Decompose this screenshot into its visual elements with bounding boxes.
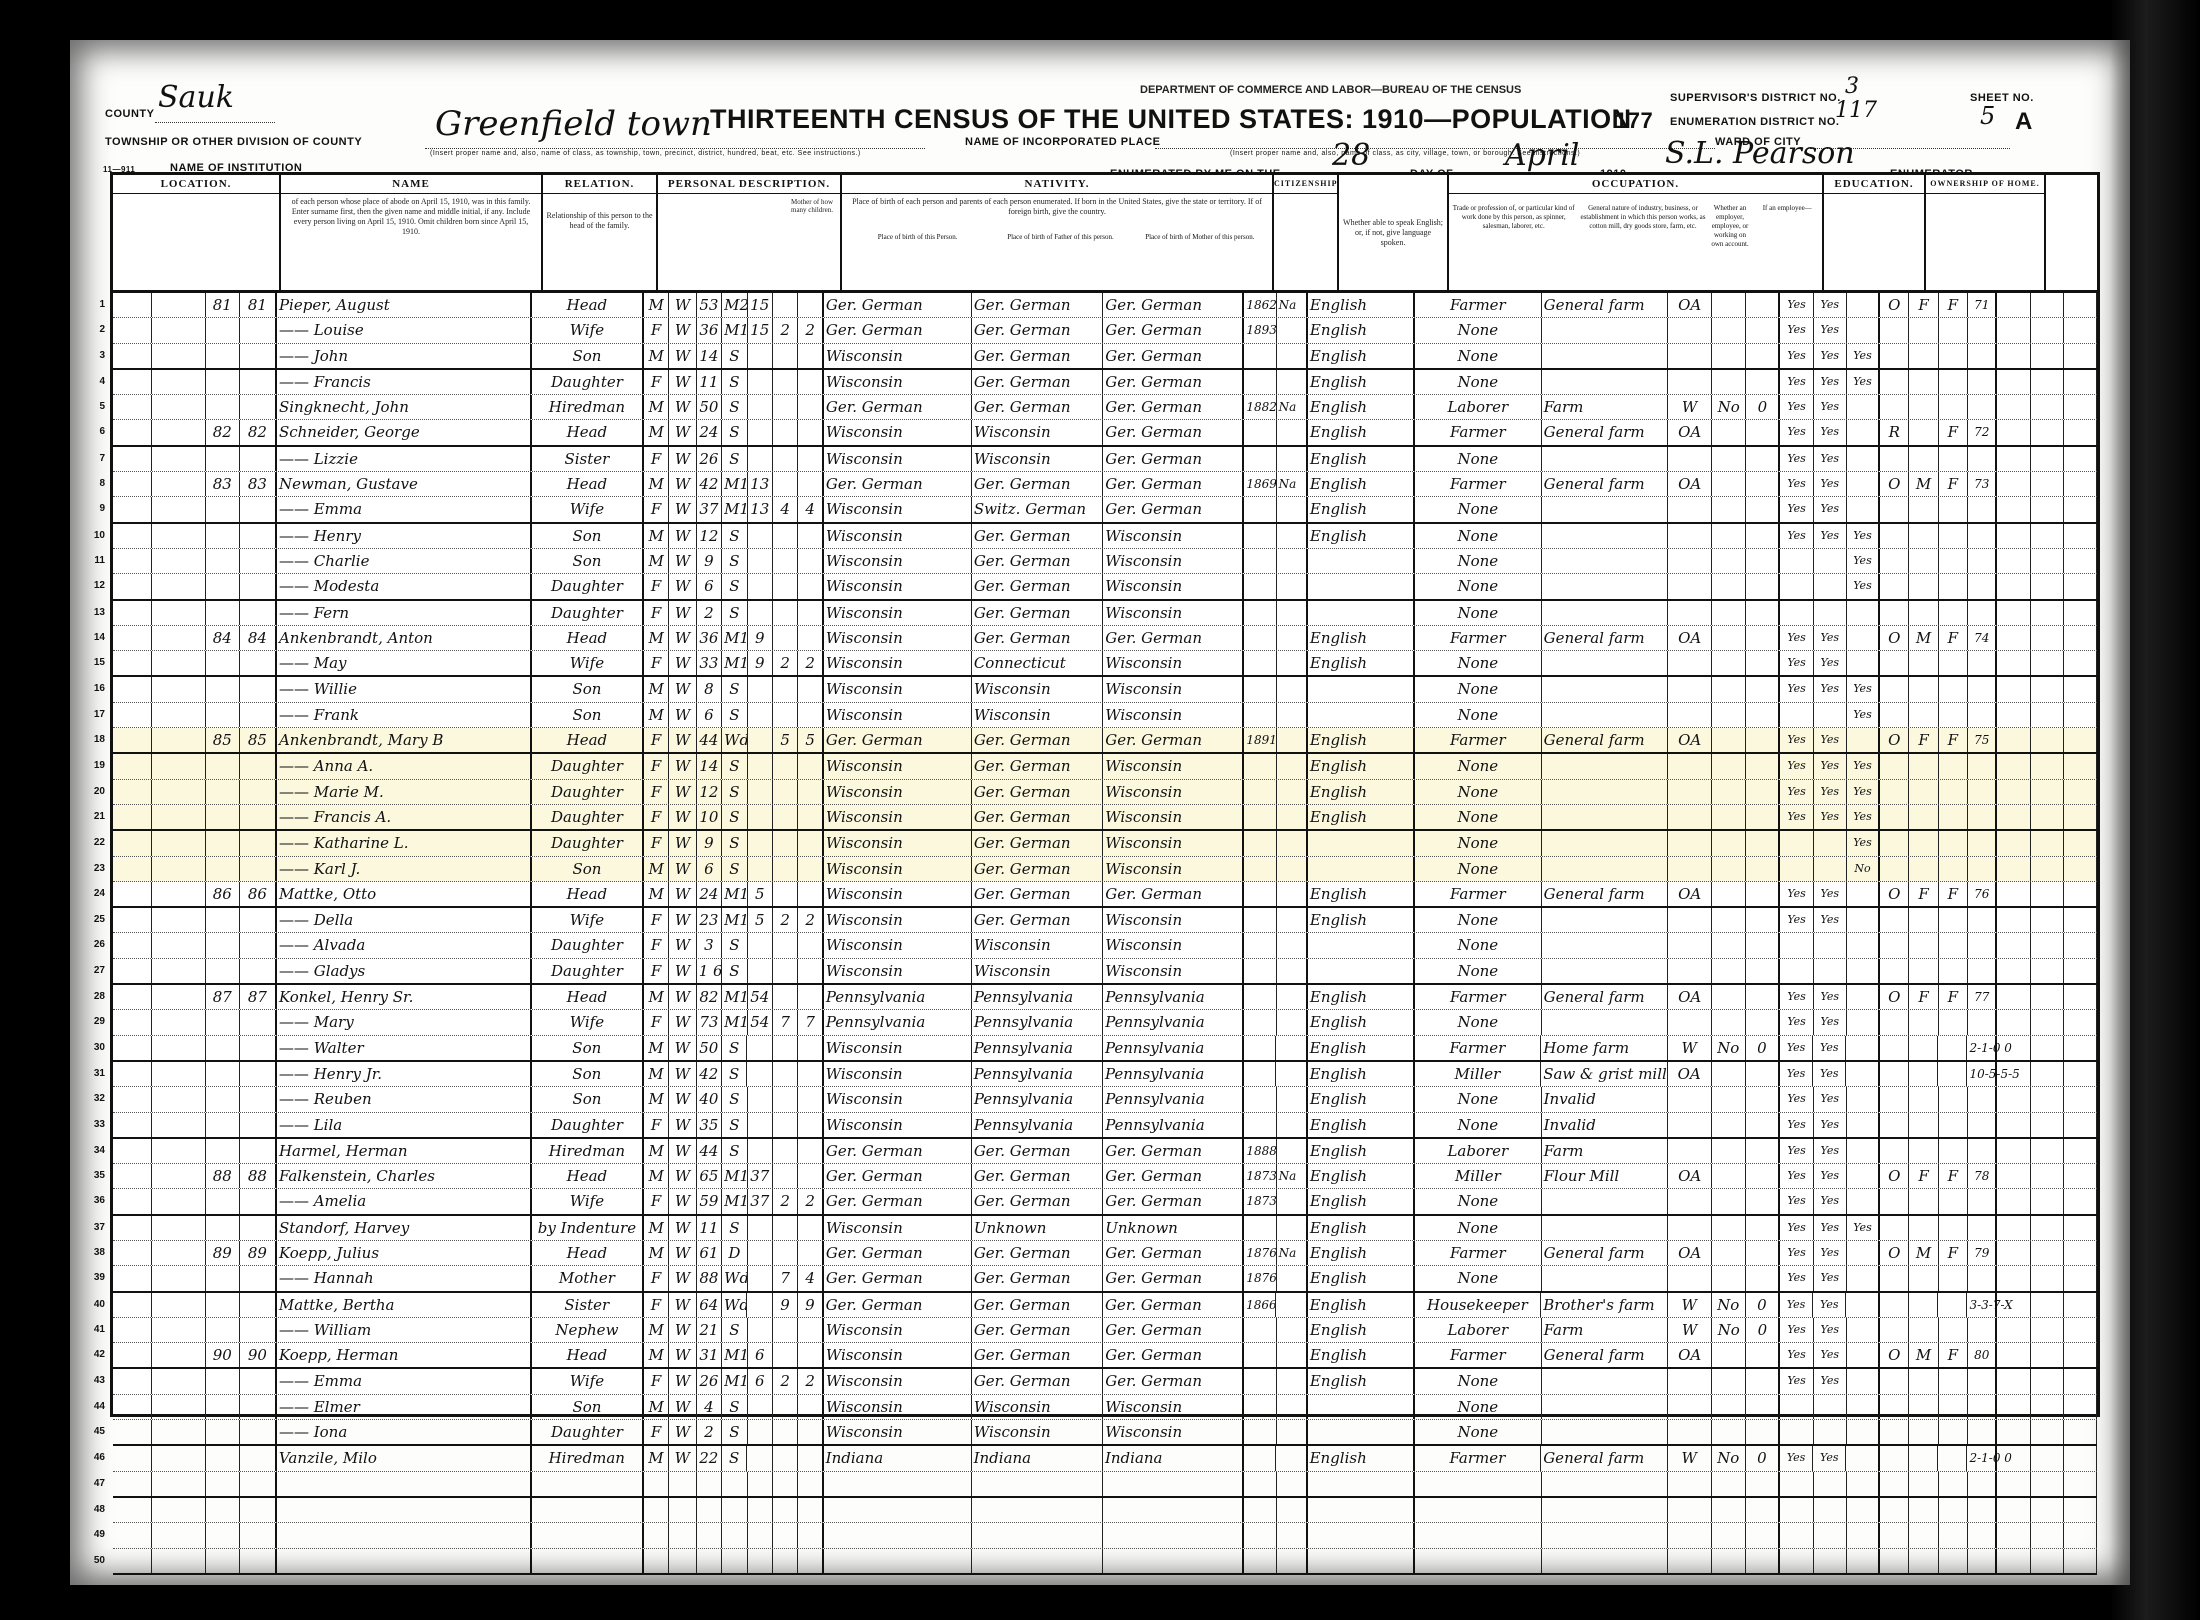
owned-rented bbox=[1880, 703, 1909, 727]
marital-status: S bbox=[722, 1036, 747, 1060]
dwelling-number bbox=[206, 1010, 240, 1034]
birthplace-father: Wisconsin bbox=[972, 703, 1103, 727]
children-living bbox=[798, 754, 823, 778]
dwelling-number: 83 bbox=[206, 472, 240, 496]
farm-schedule-number bbox=[1968, 1420, 1997, 1444]
industry bbox=[1542, 447, 1669, 471]
farm-schedule-number bbox=[1968, 1216, 1997, 1240]
marital-status: M1 bbox=[722, 1369, 747, 1393]
sex: F bbox=[644, 1420, 669, 1444]
children-living bbox=[798, 293, 823, 317]
relation: Head bbox=[532, 1164, 644, 1188]
table-row: 12 —— Modesta Daughter F W 6 S Wisconsin… bbox=[113, 574, 2097, 600]
birthplace-person: Wisconsin bbox=[824, 574, 972, 598]
deaf-cell bbox=[2064, 447, 2097, 471]
birthplace-mother: Wisconsin bbox=[1103, 959, 1244, 983]
deaf-cell bbox=[2064, 524, 2097, 548]
can-write bbox=[1814, 1549, 1847, 1573]
marital-status: S bbox=[722, 805, 747, 829]
children-born bbox=[773, 1549, 798, 1573]
trade: Farmer bbox=[1415, 728, 1542, 752]
blind-cell bbox=[2031, 1036, 2064, 1060]
years-married bbox=[748, 805, 773, 829]
out-of-work bbox=[1712, 1062, 1746, 1086]
relation bbox=[532, 1549, 644, 1573]
farm-house bbox=[1939, 780, 1968, 804]
veteran-cell bbox=[1997, 1010, 2030, 1034]
veteran-cell bbox=[1997, 703, 2030, 727]
relation: Hiredman bbox=[532, 1139, 644, 1163]
can-read: Yes bbox=[1780, 1189, 1813, 1213]
birthplace-mother: Ger. German bbox=[1103, 728, 1244, 752]
birthplace-person: Pennsylvania bbox=[824, 985, 972, 1009]
birthplace-person: Ger. German bbox=[824, 395, 972, 419]
farm-house bbox=[1939, 805, 1968, 829]
out-of-work bbox=[1712, 1549, 1746, 1573]
years-married: 6 bbox=[748, 1369, 773, 1393]
veteran-cell bbox=[1997, 1498, 2030, 1522]
trade: Farmer bbox=[1415, 420, 1542, 444]
dwelling-number bbox=[206, 1087, 240, 1111]
trade: None bbox=[1415, 933, 1542, 957]
relation: Son bbox=[532, 549, 644, 573]
trade: Miller bbox=[1415, 1164, 1542, 1188]
birthplace-mother bbox=[1103, 1498, 1244, 1522]
farm-schedule-number bbox=[1968, 1087, 1997, 1111]
farm-schedule-number bbox=[1968, 1010, 1997, 1034]
attended-school bbox=[1847, 1472, 1880, 1496]
industry bbox=[1542, 370, 1669, 394]
out-of-work bbox=[1712, 1010, 1746, 1034]
weeks-out bbox=[1746, 1472, 1780, 1496]
row-number: 35 bbox=[81, 1164, 105, 1188]
table-row: 23 —— Karl J. Son M W 6 S Wisconsin Ger.… bbox=[113, 857, 2097, 882]
language: English bbox=[1308, 1062, 1415, 1086]
children-born bbox=[773, 293, 798, 317]
sex: F bbox=[644, 1010, 669, 1034]
birthplace-mother: Ger. German bbox=[1103, 497, 1244, 521]
family-number bbox=[240, 1062, 277, 1086]
deaf-cell bbox=[2064, 1343, 2097, 1367]
veteran-cell bbox=[1997, 1446, 2030, 1470]
street-cell bbox=[113, 882, 152, 906]
person-name: —— Alvada bbox=[277, 933, 532, 957]
relation: Head bbox=[532, 420, 644, 444]
race: W bbox=[669, 780, 696, 804]
blind-cell bbox=[2031, 1010, 2064, 1034]
table-row: 49 bbox=[113, 1523, 2097, 1548]
trade: None bbox=[1415, 677, 1542, 701]
naturalization bbox=[1277, 1472, 1308, 1496]
dwelling-number bbox=[206, 908, 240, 932]
naturalization bbox=[1277, 497, 1308, 521]
employer-status bbox=[1668, 908, 1712, 932]
weeks-out bbox=[1746, 447, 1780, 471]
industry: General farm bbox=[1542, 293, 1669, 317]
table-row: 50 bbox=[113, 1549, 2097, 1575]
owned-rented bbox=[1880, 908, 1909, 932]
table-row: 1 81 81 Pieper, August Head M W 53 M2 15… bbox=[113, 293, 2097, 318]
years-married bbox=[748, 601, 773, 625]
can-read bbox=[1780, 601, 1813, 625]
table-row: 43 —— Emma Wife F W 26 M1 6 2 2 Wisconsi… bbox=[113, 1369, 2097, 1394]
farm-schedule-number bbox=[1968, 1266, 1997, 1290]
dwelling-number: 86 bbox=[206, 882, 240, 906]
relation: Daughter bbox=[532, 959, 644, 983]
family-number bbox=[240, 395, 277, 419]
row-number: 24 bbox=[81, 882, 105, 906]
language: English bbox=[1308, 370, 1415, 394]
owned-rented bbox=[1880, 447, 1909, 471]
children-born: 2 bbox=[773, 318, 798, 342]
farm-schedule-number bbox=[1968, 370, 1997, 394]
attended-school bbox=[1847, 933, 1880, 957]
children-born bbox=[773, 754, 798, 778]
free-mortgaged bbox=[1909, 1189, 1938, 1213]
location-header: LOCATION. bbox=[113, 175, 281, 290]
relation: Son bbox=[532, 677, 644, 701]
language: English bbox=[1308, 651, 1415, 675]
birthplace-mother: Ger. German bbox=[1103, 318, 1244, 342]
birthplace-father bbox=[972, 1498, 1103, 1522]
veteran-cell bbox=[1997, 831, 2030, 855]
employer-status bbox=[1668, 601, 1712, 625]
years-married: 5 bbox=[748, 908, 773, 932]
farm-house bbox=[1939, 703, 1968, 727]
years-married bbox=[748, 1139, 773, 1163]
relation: Daughter bbox=[532, 1420, 644, 1444]
naturalization bbox=[1277, 857, 1308, 881]
can-write: Yes bbox=[1814, 1139, 1847, 1163]
house-number-cell bbox=[152, 985, 206, 1009]
farm-house bbox=[1939, 1318, 1968, 1342]
age: 24 bbox=[697, 882, 722, 906]
language bbox=[1308, 677, 1415, 701]
age: 26 bbox=[697, 447, 722, 471]
naturalization bbox=[1277, 908, 1308, 932]
language: English bbox=[1308, 1010, 1415, 1034]
row-number: 49 bbox=[81, 1523, 105, 1547]
out-of-work bbox=[1712, 420, 1746, 444]
blind-cell bbox=[2031, 1472, 2064, 1496]
years-married bbox=[748, 677, 773, 701]
house-number-cell bbox=[152, 370, 206, 394]
birthplace-person: Wisconsin bbox=[824, 651, 972, 675]
blind-cell bbox=[2031, 1318, 2064, 1342]
farm-house bbox=[1939, 1010, 1968, 1034]
dwelling-number bbox=[206, 344, 240, 368]
free-mortgaged bbox=[1909, 1266, 1938, 1290]
deaf-cell bbox=[2064, 1010, 2097, 1034]
children-born bbox=[773, 831, 798, 855]
dwelling-number bbox=[206, 959, 240, 983]
farm-schedule-number: 77 bbox=[1968, 985, 1997, 1009]
children-living bbox=[798, 1164, 823, 1188]
can-read: Yes bbox=[1780, 1113, 1813, 1137]
relation: Daughter bbox=[532, 1113, 644, 1137]
employer-status bbox=[1668, 1472, 1712, 1496]
can-write: Yes bbox=[1814, 1216, 1847, 1240]
children-born bbox=[773, 1523, 798, 1547]
can-read: Yes bbox=[1780, 1010, 1813, 1034]
naturalization bbox=[1277, 882, 1308, 906]
sex bbox=[644, 1472, 669, 1496]
language: English bbox=[1308, 1343, 1415, 1367]
years-married bbox=[748, 344, 773, 368]
house-number-cell bbox=[152, 344, 206, 368]
children-born bbox=[773, 805, 798, 829]
age: 9 bbox=[697, 549, 722, 573]
veteran-cell bbox=[1997, 1472, 2030, 1496]
veteran-cell bbox=[1997, 1087, 2030, 1111]
blind-cell bbox=[2031, 447, 2064, 471]
owned-rented bbox=[1880, 1139, 1909, 1163]
employer-status bbox=[1668, 831, 1712, 855]
children-living: 2 bbox=[798, 318, 823, 342]
street-cell bbox=[113, 1472, 152, 1496]
race: W bbox=[669, 1010, 696, 1034]
free-mortgaged bbox=[1909, 549, 1938, 573]
birthplace-person: Wisconsin bbox=[824, 805, 972, 829]
row-number: 37 bbox=[81, 1216, 105, 1240]
row-number: 7 bbox=[81, 447, 105, 471]
immigration-year bbox=[1244, 933, 1276, 957]
farm-schedule-number bbox=[1968, 447, 1997, 471]
personal-description-header: PERSONAL DESCRIPTION. Mother of how many… bbox=[658, 175, 842, 290]
attended-school bbox=[1847, 651, 1880, 675]
years-married bbox=[747, 1293, 772, 1317]
birthplace-person: Wisconsin bbox=[824, 857, 972, 881]
immigration-year bbox=[1244, 651, 1276, 675]
race: W bbox=[669, 1036, 696, 1060]
immigration-year bbox=[1244, 754, 1276, 778]
language bbox=[1308, 1395, 1415, 1419]
naturalization bbox=[1277, 754, 1308, 778]
birthplace-father: Ger. German bbox=[972, 805, 1103, 829]
owned-rented bbox=[1880, 1318, 1909, 1342]
house-number-cell bbox=[152, 1395, 206, 1419]
can-write bbox=[1814, 1498, 1847, 1522]
scan-edge-shadow bbox=[2110, 0, 2200, 1620]
attended-school bbox=[1847, 601, 1880, 625]
children-born bbox=[773, 780, 798, 804]
language: English bbox=[1308, 1369, 1415, 1393]
years-married: 15 bbox=[748, 318, 773, 342]
employer-status bbox=[1668, 1010, 1712, 1034]
marital-status: S bbox=[722, 857, 747, 881]
person-name: —— Frank bbox=[277, 703, 532, 727]
deaf-cell bbox=[2064, 1266, 2097, 1290]
dwelling-number bbox=[206, 1216, 240, 1240]
table-row: 8 83 83 Newman, Gustave Head M W 42 M1 1… bbox=[113, 472, 2097, 497]
employer-status bbox=[1668, 959, 1712, 983]
naturalization bbox=[1277, 1318, 1308, 1342]
free-mortgaged bbox=[1909, 959, 1938, 983]
attended-school bbox=[1847, 1549, 1880, 1573]
relation: Head bbox=[532, 626, 644, 650]
farm-schedule-number bbox=[1968, 524, 1997, 548]
trade: None bbox=[1415, 549, 1542, 573]
blind-cell bbox=[2031, 933, 2064, 957]
family-number: 85 bbox=[240, 728, 277, 752]
street-cell bbox=[113, 1216, 152, 1240]
row-number: 23 bbox=[81, 857, 105, 881]
farm-schedule-number bbox=[1968, 497, 1997, 521]
industry bbox=[1542, 524, 1669, 548]
free-mortgaged bbox=[1909, 318, 1938, 342]
can-read: Yes bbox=[1780, 626, 1813, 650]
farm-house bbox=[1939, 1266, 1968, 1290]
weeks-out bbox=[1746, 1369, 1780, 1393]
children-living bbox=[798, 703, 823, 727]
children-living bbox=[798, 1087, 823, 1111]
table-row: 13 —— Fern Daughter F W 2 S Wisconsin Ge… bbox=[113, 601, 2097, 626]
family-number bbox=[240, 1498, 277, 1522]
dwelling-number bbox=[206, 1523, 240, 1547]
free-mortgaged bbox=[1909, 574, 1938, 598]
years-married bbox=[748, 1420, 773, 1444]
house-number-cell bbox=[152, 1087, 206, 1111]
naturalization: Na bbox=[1277, 1241, 1308, 1265]
age: 2 bbox=[697, 601, 722, 625]
language: English bbox=[1308, 1241, 1415, 1265]
deaf-cell bbox=[2064, 472, 2097, 496]
industry bbox=[1542, 805, 1669, 829]
out-of-work: No bbox=[1712, 1036, 1746, 1060]
employer-status bbox=[1668, 1189, 1712, 1213]
house-number-cell bbox=[152, 1139, 206, 1163]
street-cell bbox=[113, 395, 152, 419]
can-read bbox=[1780, 831, 1813, 855]
immigration-year: 1866 bbox=[1244, 1293, 1276, 1317]
street-cell bbox=[113, 651, 152, 675]
house-number-cell bbox=[152, 780, 206, 804]
person-name: —— Amelia bbox=[277, 1189, 532, 1213]
birthplace-person: Wisconsin bbox=[824, 497, 972, 521]
farm-schedule-number bbox=[1968, 933, 1997, 957]
years-married: 13 bbox=[748, 472, 773, 496]
birthplace-mother: Ger. German bbox=[1103, 293, 1244, 317]
language: English bbox=[1308, 1189, 1415, 1213]
sex: M bbox=[644, 524, 669, 548]
language: English bbox=[1308, 1318, 1415, 1342]
veteran-cell bbox=[1997, 420, 2030, 444]
house-number-cell bbox=[152, 626, 206, 650]
race: W bbox=[669, 805, 696, 829]
out-of-work: No bbox=[1712, 1318, 1746, 1342]
family-number: 88 bbox=[240, 1164, 277, 1188]
children-born bbox=[773, 1343, 798, 1367]
immigration-year: 1891 bbox=[1244, 728, 1276, 752]
can-write bbox=[1814, 1420, 1847, 1444]
industry: General farm bbox=[1542, 626, 1669, 650]
house-number-cell bbox=[152, 1523, 206, 1547]
marital-status: S bbox=[722, 549, 747, 573]
family-number bbox=[240, 1369, 277, 1393]
row-number: 21 bbox=[81, 805, 105, 829]
marital-status bbox=[722, 1549, 747, 1573]
street-cell bbox=[113, 1036, 152, 1060]
attended-school bbox=[1847, 1318, 1880, 1342]
census-sheet: DEPARTMENT OF COMMERCE AND LABOR—BUREAU … bbox=[70, 40, 2130, 1585]
marital-status: Wd bbox=[722, 1293, 747, 1317]
blind-cell bbox=[2031, 728, 2064, 752]
sex: F bbox=[644, 574, 669, 598]
out-of-work bbox=[1712, 1164, 1746, 1188]
can-read: Yes bbox=[1780, 1446, 1813, 1470]
street-cell bbox=[113, 1420, 152, 1444]
can-write: Yes bbox=[1814, 1266, 1847, 1290]
free-mortgaged bbox=[1909, 395, 1938, 419]
children-living bbox=[798, 985, 823, 1009]
farm-schedule-number: 3-3-7-X bbox=[1967, 1293, 1997, 1317]
can-write: Yes bbox=[1814, 985, 1847, 1009]
deaf-cell bbox=[2064, 318, 2097, 342]
table-row: 21 —— Francis A. Daughter F W 10 S Wisco… bbox=[113, 805, 2097, 831]
relation: Son bbox=[532, 1062, 644, 1086]
weeks-out bbox=[1746, 549, 1780, 573]
incorporated-place-label: Name of incorporated place bbox=[965, 136, 1161, 148]
out-of-work: No bbox=[1712, 1446, 1746, 1470]
can-read: Yes bbox=[1780, 1293, 1813, 1317]
person-name: Standorf, Harvey bbox=[277, 1216, 532, 1240]
industry bbox=[1542, 1498, 1669, 1522]
farm-house bbox=[1939, 677, 1968, 701]
veteran-cell bbox=[1997, 1395, 2030, 1419]
street-cell bbox=[113, 1266, 152, 1290]
deaf-cell bbox=[2064, 626, 2097, 650]
employer-status bbox=[1668, 447, 1712, 471]
out-of-work bbox=[1712, 703, 1746, 727]
street-cell bbox=[113, 1113, 152, 1137]
owned-rented bbox=[1880, 524, 1909, 548]
attended-school bbox=[1847, 1189, 1880, 1213]
children-living: 4 bbox=[798, 497, 823, 521]
owned-rented bbox=[1880, 395, 1909, 419]
owned-rented bbox=[1880, 574, 1909, 598]
language bbox=[1308, 959, 1415, 983]
free-mortgaged bbox=[1909, 1010, 1938, 1034]
age: 53 bbox=[697, 293, 722, 317]
attended-school: Yes bbox=[1847, 805, 1880, 829]
marital-status: M1 bbox=[722, 626, 747, 650]
weeks-out bbox=[1746, 1087, 1780, 1111]
farm-schedule-number bbox=[1968, 1472, 1997, 1496]
family-number bbox=[240, 1216, 277, 1240]
naturalization bbox=[1277, 1343, 1308, 1367]
out-of-work bbox=[1712, 1241, 1746, 1265]
house-number-cell bbox=[152, 472, 206, 496]
race: W bbox=[669, 524, 696, 548]
out-of-work bbox=[1712, 780, 1746, 804]
owned-rented: O bbox=[1880, 1164, 1909, 1188]
employer-status: OA bbox=[1668, 293, 1712, 317]
blind-cell bbox=[2031, 293, 2064, 317]
immigration-year: 1876 bbox=[1244, 1266, 1276, 1290]
sex: F bbox=[644, 601, 669, 625]
table-row: 9 —— Emma Wife F W 37 M1 13 4 4 Wisconsi… bbox=[113, 497, 2097, 523]
row-number: 46 bbox=[81, 1446, 105, 1470]
attended-school: Yes bbox=[1847, 1216, 1880, 1240]
birthplace-father: Wisconsin bbox=[972, 447, 1103, 471]
industry: General farm bbox=[1542, 985, 1669, 1009]
children-born bbox=[773, 1472, 798, 1496]
marital-status bbox=[722, 1472, 747, 1496]
employer-status bbox=[1668, 1266, 1712, 1290]
marital-status bbox=[722, 1498, 747, 1522]
birthplace-father: Wisconsin bbox=[972, 959, 1103, 983]
farm-house bbox=[1939, 497, 1968, 521]
